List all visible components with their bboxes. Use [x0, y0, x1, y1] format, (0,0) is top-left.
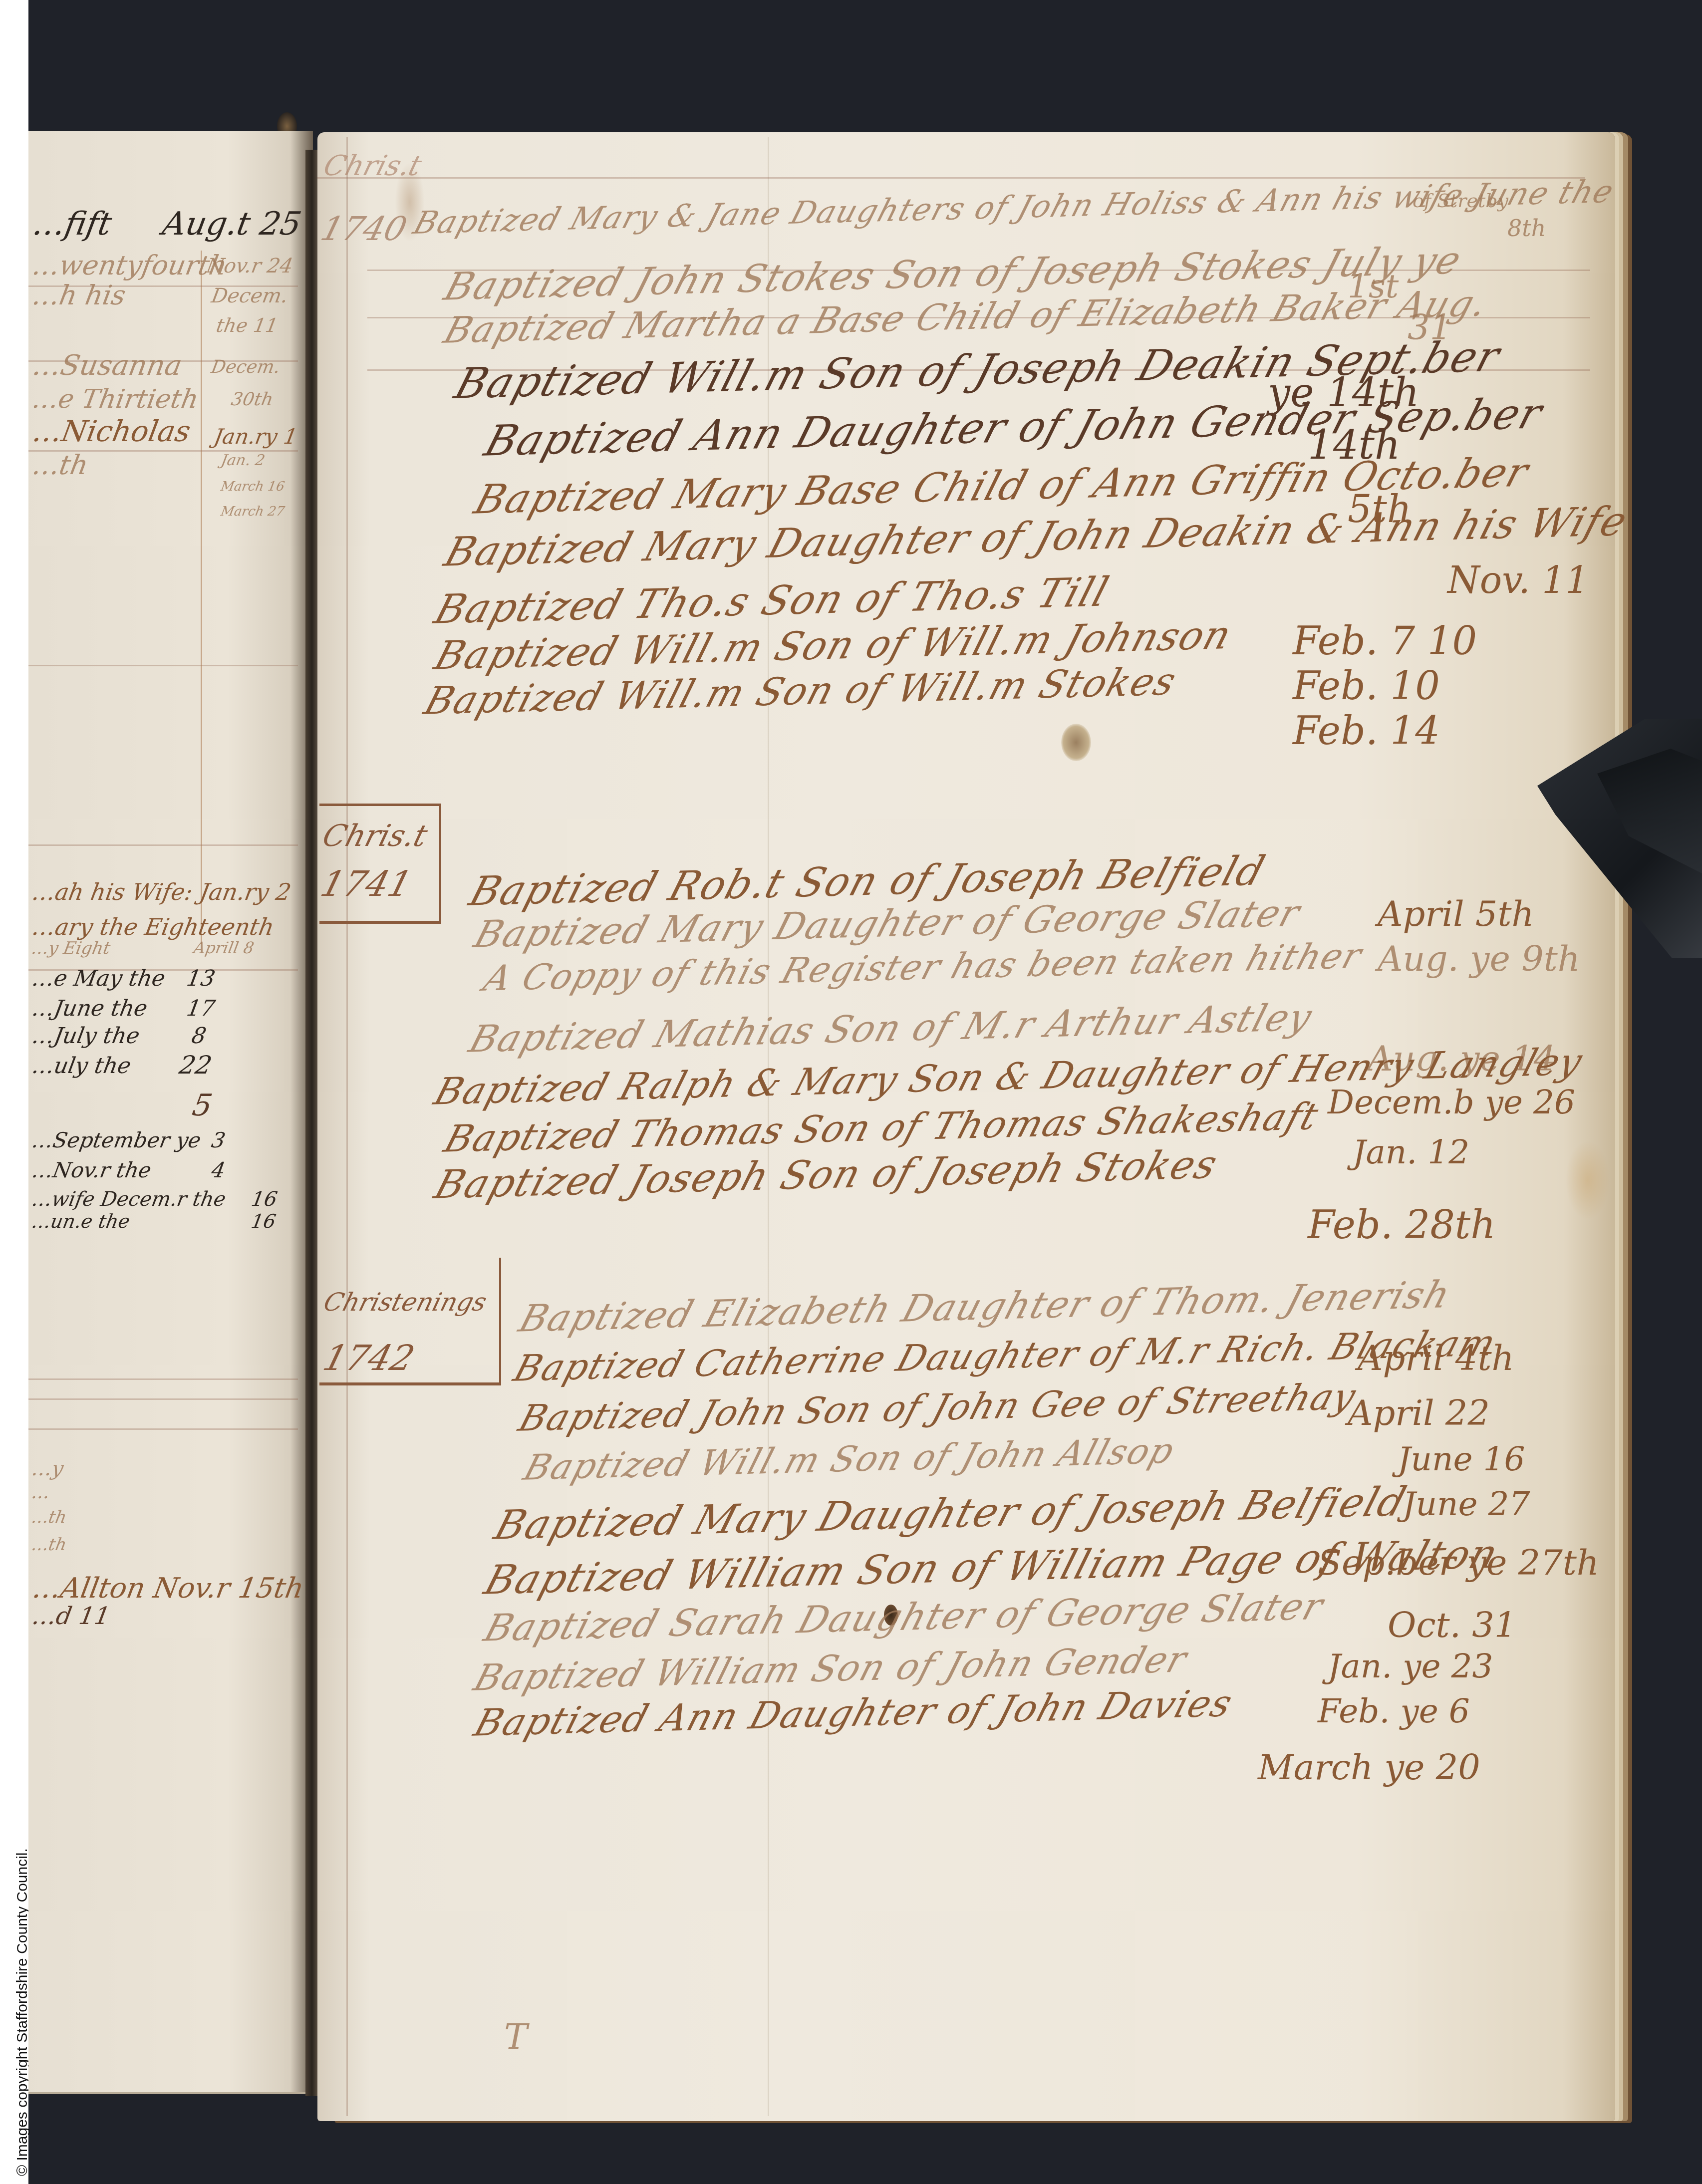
left-line-text: …wife Decem.r the: [30, 1188, 228, 1211]
entry-date: Feb. 7 10: [1293, 619, 1477, 664]
left-line-date: Jan. 2: [220, 452, 267, 469]
entry-date: Feb. 10: [1293, 664, 1440, 709]
left-line-text: …: [30, 1482, 51, 1503]
entry-date: April 22: [1348, 1392, 1490, 1433]
entry-date: 8th: [1507, 215, 1546, 242]
left-line-text: …July the: [30, 1023, 142, 1049]
entry-date: Nov. 11: [1447, 559, 1589, 602]
entry-date: Jan. 12: [1353, 1133, 1469, 1171]
year-label-1740: 1740: [317, 210, 411, 248]
left-line-date: 13: [185, 966, 217, 991]
year-label-1742: 1742: [319, 1338, 419, 1378]
book-gutter: [305, 150, 318, 2096]
left-line-text: …Nicholas: [30, 414, 193, 448]
entry-note: of Stretby: [1413, 190, 1508, 212]
left-line-date: 17: [185, 996, 217, 1021]
left-line-date: Decem.: [210, 357, 282, 377]
left-line-text: …un.e the: [30, 1210, 132, 1232]
left-line-text: …th: [30, 1535, 68, 1555]
credit-strip: © Images copyright Staffordshire County …: [0, 0, 28, 2184]
left-line-date: Decem.: [210, 284, 290, 307]
section-label: Christenings: [320, 1288, 490, 1317]
entry-date: Decem.b ye 26: [1328, 1083, 1575, 1121]
left-line-text: …y: [30, 1457, 65, 1480]
left-line-text: …e May the: [30, 966, 167, 991]
entry-date: Oct. 31: [1388, 1605, 1516, 1645]
water-stain: [1565, 1140, 1610, 1220]
left-line-text: …e Thirtieth: [30, 384, 201, 414]
header-label: Chris.t: [320, 150, 425, 182]
left-line-text: …th: [30, 449, 91, 481]
section-label: Chris.t: [319, 819, 431, 853]
left-line-text: …wentyfourth: [30, 250, 230, 281]
wax-stain: [1061, 724, 1091, 761]
left-line-date: 30th: [230, 389, 275, 410]
left-line-text: …th: [30, 1507, 68, 1527]
left-line-text: …ary the Eighteenth: [30, 913, 277, 940]
year-label-1741: 1741: [316, 863, 416, 904]
left-line-text: …June the: [30, 996, 149, 1021]
left-line-date: 16: [250, 1188, 279, 1211]
left-line-date: Aug.t 25: [160, 206, 304, 243]
left-line-text: …h his: [30, 279, 128, 311]
left-line-text: …ah his Wife: Jan.ry 2: [30, 878, 293, 905]
left-line-text: …September ye: [30, 1128, 203, 1152]
left-line-date: March 16: [220, 479, 286, 494]
footer-mark: T: [504, 2016, 528, 2057]
entry-date: June 16: [1398, 1440, 1525, 1478]
left-line-date: the 11: [215, 314, 280, 336]
margin-rule: [346, 137, 348, 2116]
entry-date: Feb. 28th: [1308, 1203, 1495, 1248]
left-line-date: Nov.r 24: [205, 255, 295, 277]
entry-date: April 5th: [1378, 893, 1534, 934]
left-line-text: …fift: [30, 206, 114, 243]
left-line-text: …uly the: [30, 1053, 133, 1079]
left-line-date: Aprill 8: [192, 938, 256, 957]
left-line-text: …d 11: [30, 1602, 112, 1630]
left-line-date: Jan.ry 1: [212, 424, 299, 449]
left-line-date: 16: [250, 1210, 278, 1232]
left-line-date: March 27: [220, 504, 286, 519]
left-line-text: …Allton Nov.r 15th: [30, 1572, 306, 1605]
left-line-text: …Susanna: [30, 349, 185, 382]
entry-date: Jan. ye 23: [1328, 1647, 1493, 1685]
entry-date: June 27: [1403, 1485, 1530, 1523]
entry-date: Aug. ye 9th: [1378, 938, 1580, 979]
entry-date: Feb. 14: [1293, 709, 1440, 754]
left-line-date: 22: [177, 1051, 214, 1080]
left-line-text: …Nov.r the: [30, 1158, 153, 1182]
entry-date: March ye 20: [1258, 1747, 1480, 1788]
entry-date: Feb. ye 6: [1318, 1692, 1470, 1730]
left-line-text: …y Eight: [30, 938, 112, 958]
